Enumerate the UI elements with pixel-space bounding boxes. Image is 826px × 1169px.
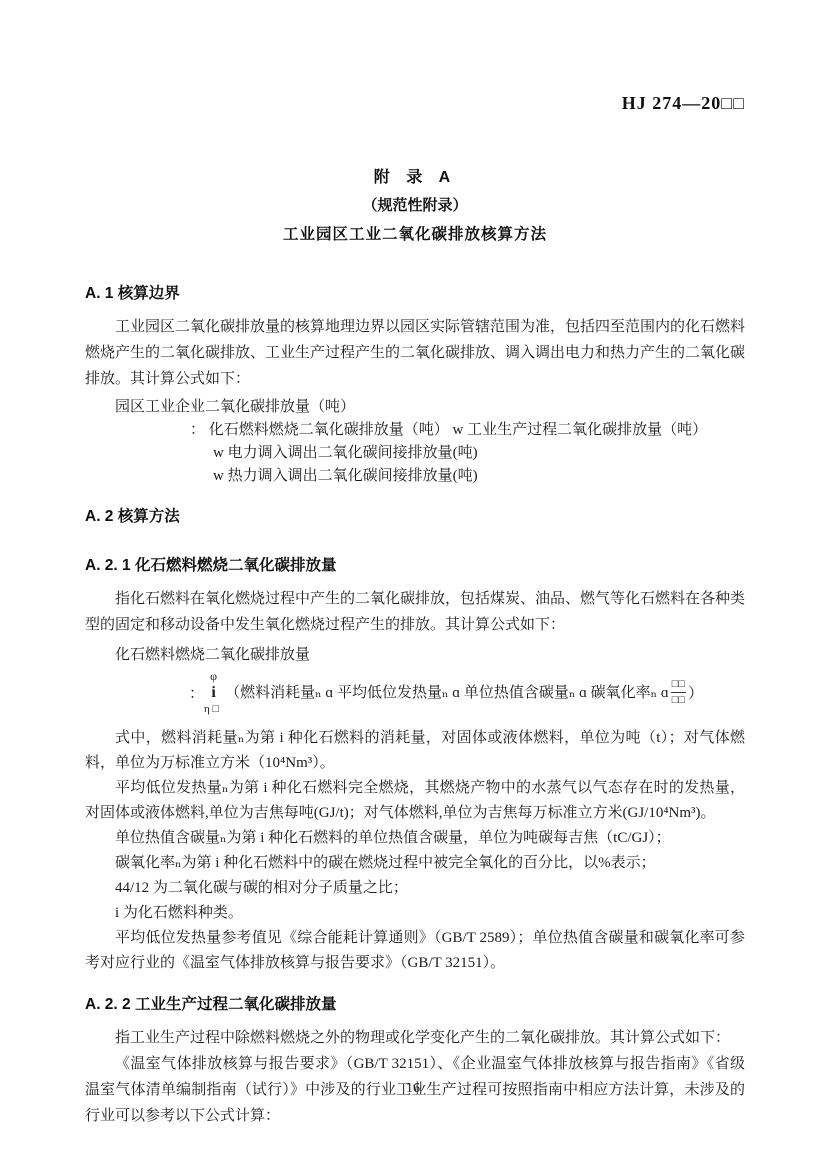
title-block: 附 录 A （规范性附录） 工业园区工业二氧化碳排放核算方法 (85, 164, 745, 244)
term-definition: 式中，燃料消耗量ₙ为第 i 种化石燃料的消耗量，对固体或液体燃料，单位为吨（t）… (85, 726, 745, 776)
formula-close-paren: ） (688, 682, 703, 703)
document-page: HJ 274—20□□ 附 录 A （规范性附录） 工业园区工业二氧化碳排放核算… (0, 0, 826, 1169)
formula-a1-line2: ： 化石燃料燃烧二氧化碳排放量（吨） w 工业生产过程二氧化碳排放量（吨） (85, 419, 745, 442)
section-a22-heading: A. 2. 2 工业生产过程二氧化碳排放量 (85, 992, 745, 1014)
appendix-subtitle: （规范性附录） (85, 194, 745, 215)
formula-a21-label: 化石燃料燃烧二氧化碳排放量 (85, 644, 745, 667)
formula-a1-line4: w 热力调入调出二氧化碳间接排放量(吨) (85, 465, 745, 488)
summation-symbol: φ i η □ (208, 669, 219, 716)
term-definition: 44/12 为二氧化碳与碳的相对分子质量之比； (85, 876, 745, 901)
summation-lower-limit: η □ (204, 702, 219, 716)
section-a21-paragraph: 指化石燃料在氧化燃烧过程中产生的二氧化碳排放，包括煤炭、油品、燃气等化石燃料在各… (85, 586, 745, 638)
formula-term-definitions: 式中，燃料消耗量ₙ为第 i 种化石燃料的消耗量，对固体或液体燃料，单位为吨（t）… (85, 726, 745, 976)
term-definition: 碳氧化率ₙ为第 i 种化石燃料中的碳在燃烧过程中被完全氧化的百分比，以%表示； (85, 851, 745, 876)
formula-a1-line3: w 电力调入调出二氧化碳间接排放量(吨) (85, 442, 745, 465)
section-a1-heading: A. 1 核算边界 (85, 281, 745, 303)
section-a1-paragraph: 工业园区二氧化碳排放量的核算地理边界以园区实际管辖范围为准，包括四至范围内的化石… (85, 314, 745, 392)
formula-a1: 园区工业企业二氧化碳排放量（吨） ： 化石燃料燃烧二氧化碳排放量（吨） w 工业… (85, 396, 745, 488)
appendix-name: 工业园区工业二氧化碳排放核算方法 (85, 222, 745, 244)
fraction-numerator: □□ (671, 678, 686, 693)
term-definition: 平均低位发热量ₙ为第 i 种化石燃料完全燃烧，其燃烧产物中的水蒸气以气态存在时的… (85, 776, 745, 826)
doc-number: HJ 274—20□□ (85, 93, 745, 114)
section-a2-heading: A. 2 核算方法 (85, 504, 745, 526)
term-definition: i 为化石燃料种类。 (85, 901, 745, 926)
formula-equals-sign: ： (189, 682, 204, 703)
formula-fraction: □□ □□ (671, 678, 686, 707)
formula-a21: ： φ i η □ （燃料消耗量ₙ ɑ 平均低位发热量ₙ ɑ 单位热值含碳量ₙ … (189, 669, 745, 716)
summation-index: i (211, 683, 215, 702)
formula-a1-line1: 园区工业企业二氧化碳排放量（吨） (85, 396, 745, 419)
term-definition: 单位热值含碳量ₙ为第 i 种化石燃料的单位热值含碳量，单位为吨碳每吉焦（tC/G… (85, 826, 745, 851)
appendix-title: 附 录 A (85, 164, 745, 187)
section-a22-paragraph1: 指工业生产过程中除燃料燃烧之外的物理或化学变化产生的二氧化碳排放。其计算公式如下… (85, 1025, 745, 1051)
formula-a21-body: （燃料消耗量ₙ ɑ 平均低位发热量ₙ ɑ 单位热值含碳量ₙ ɑ 碳氧化率ₙ ɑ (225, 683, 669, 703)
section-a21-heading: A. 2. 1 化石燃料燃烧二氧化碳排放量 (85, 553, 745, 575)
page-number: 16 (0, 1081, 826, 1097)
summation-upper-limit: φ (210, 669, 217, 683)
fraction-denominator: □□ (672, 693, 685, 707)
page-content: HJ 274—20□□ 附 录 A （规范性附录） 工业园区工业二氧化碳排放核算… (0, 93, 826, 1129)
term-definition: 平均低位发热量参考值见《综合能耗计算通则》（GB/T 2589）；单位热值含碳量… (85, 926, 745, 976)
